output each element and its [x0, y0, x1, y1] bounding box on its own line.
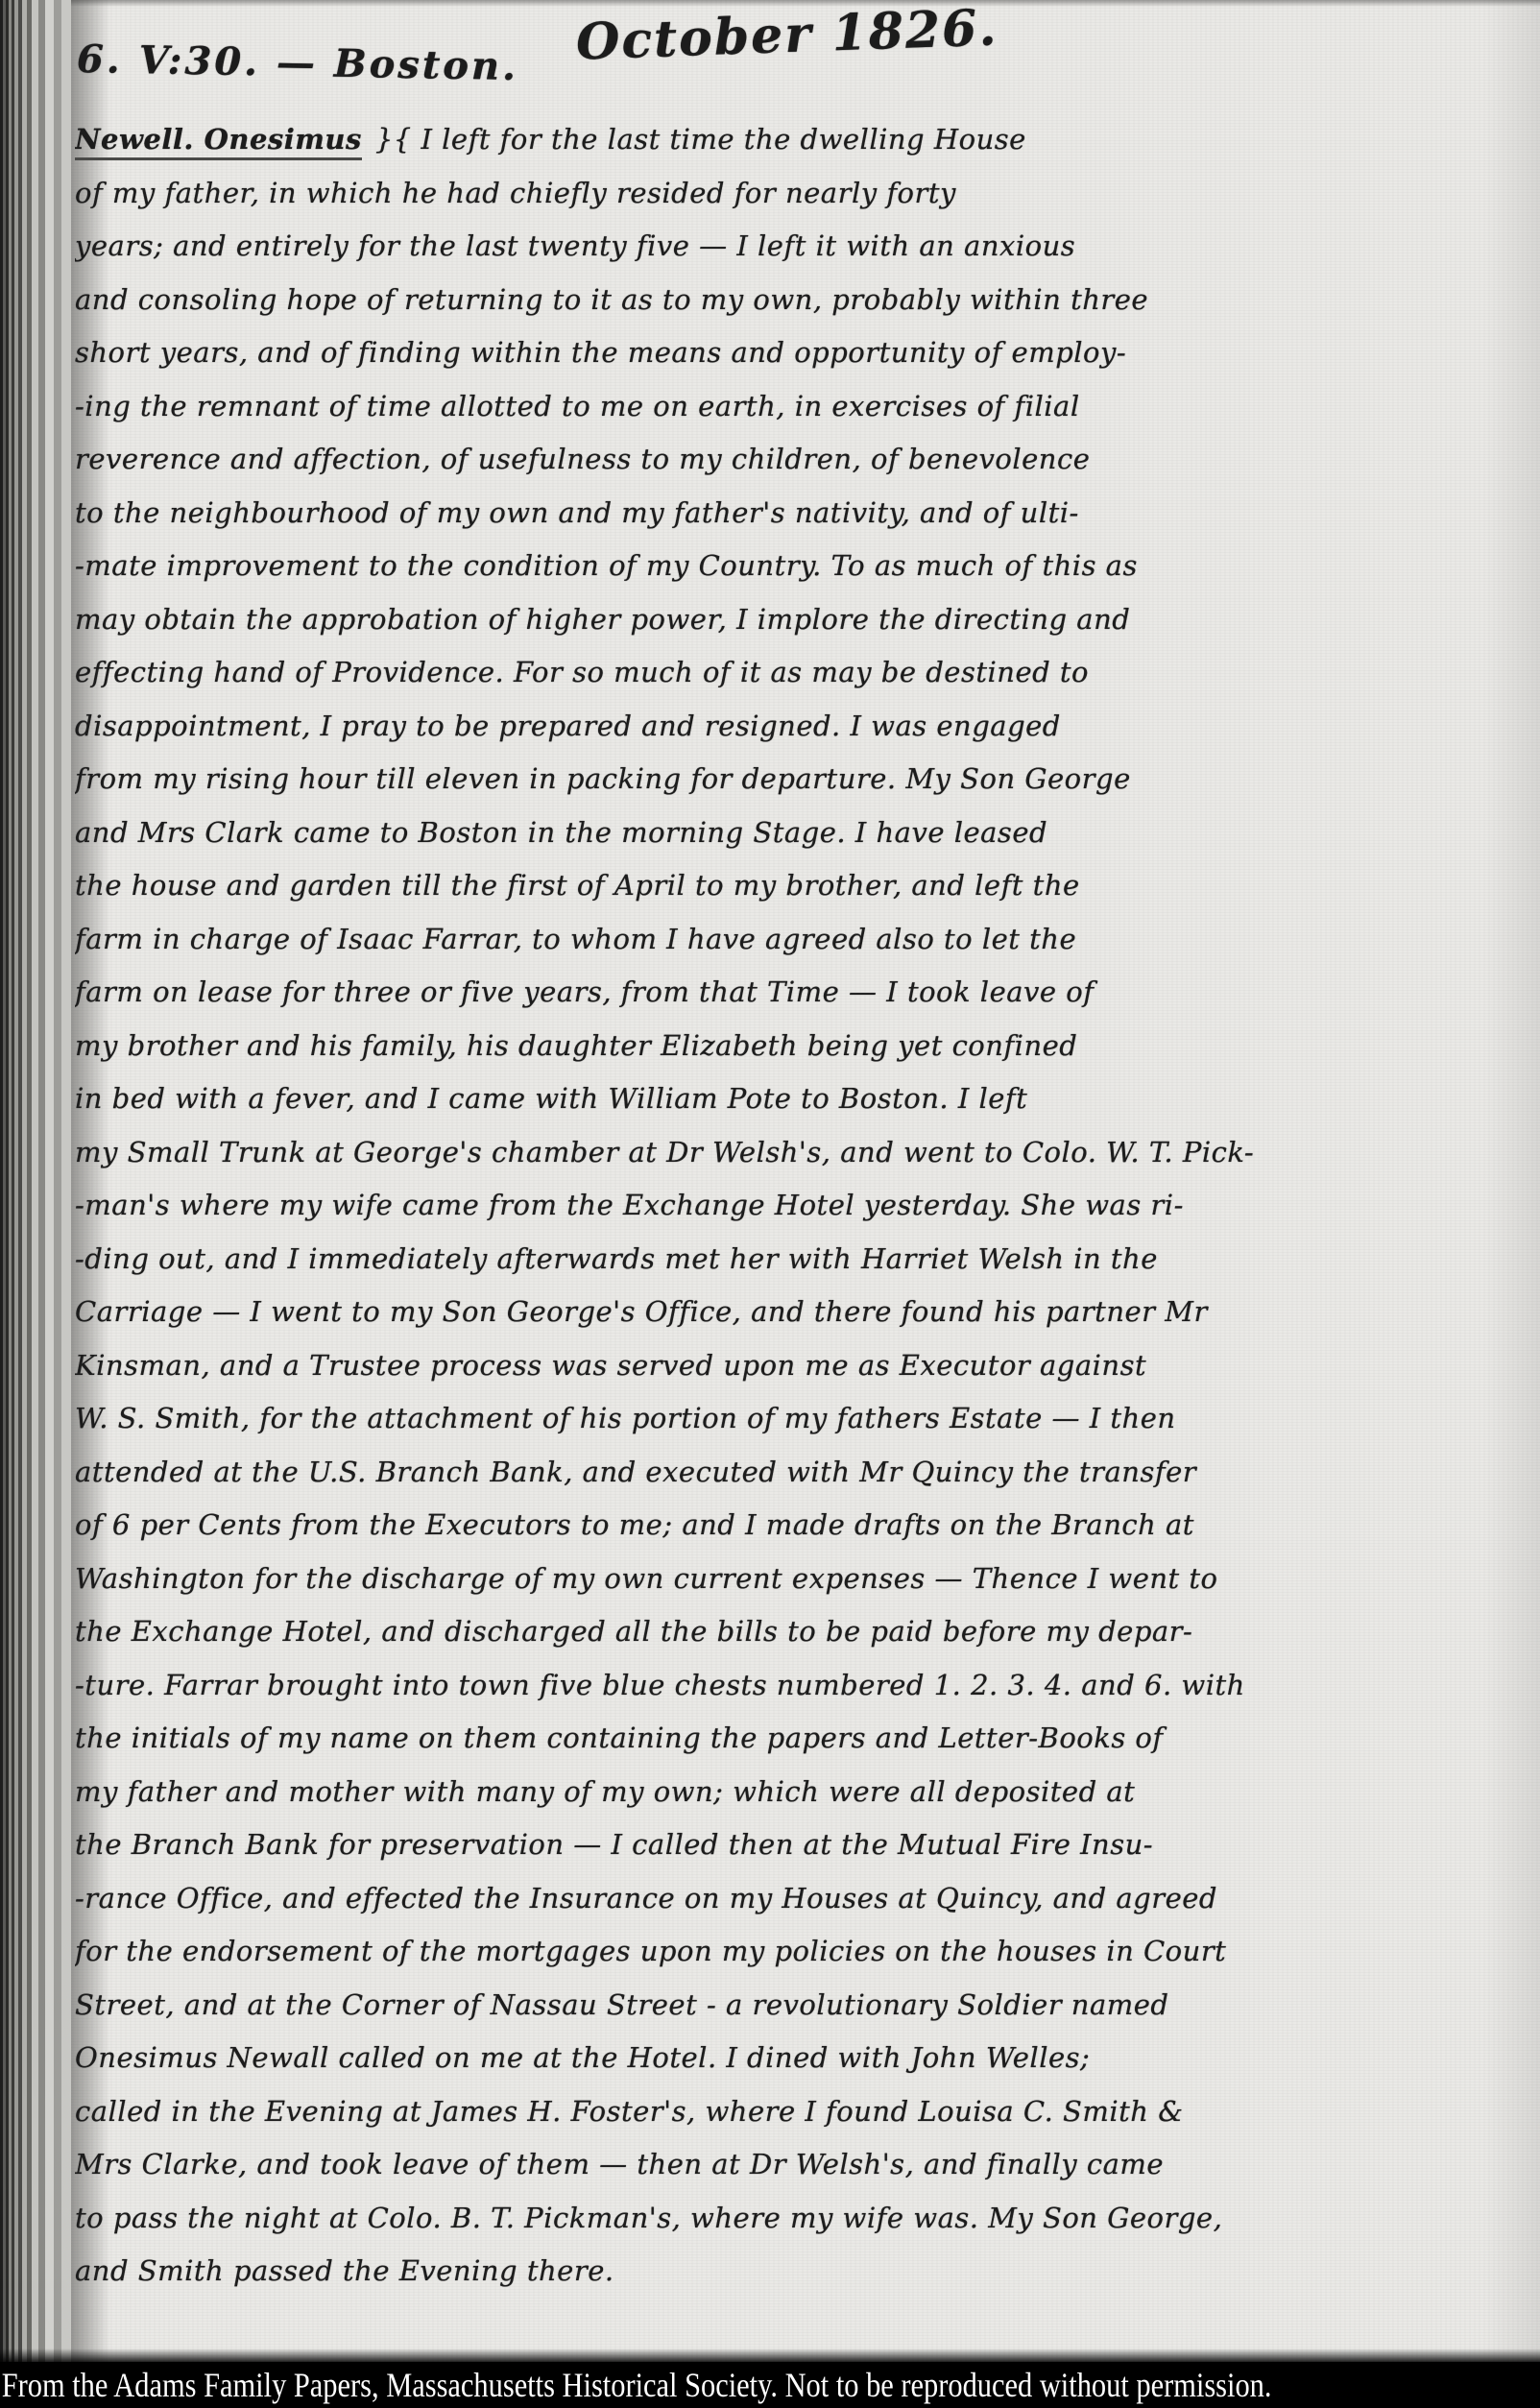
manuscript-body: Newell. Onesimus}{ I left for the last t…	[75, 123, 1521, 2308]
manuscript-line: disappointment, I pray to be prepared an…	[75, 710, 1521, 763]
manuscript-line: of 6 per Cents from the Executors to me;…	[75, 1508, 1521, 1562]
manuscript-line: effecting hand of Providence. For so muc…	[75, 656, 1521, 710]
manuscript-line: the house and garden till the first of A…	[75, 869, 1521, 923]
manuscript-line: for the endorsement of the mortgages upo…	[75, 1935, 1521, 1988]
manuscript-line: the Branch Bank for preservation — I cal…	[75, 1828, 1521, 1882]
caption-bar: From the Adams Family Papers, Massachuse…	[0, 2362, 1540, 2408]
manuscript-page-scan: October 1826. 6. V:30. — Boston. Newell.…	[0, 0, 1540, 2408]
manuscript-line: -ing the remnant of time allotted to me …	[75, 390, 1521, 444]
manuscript-line: reverence and affection, of usefulness t…	[75, 443, 1521, 496]
manuscript-line: -ding out, and I immediately afterwards …	[75, 1242, 1521, 1296]
manuscript-line: of my father, in which he had chiefly re…	[75, 177, 1521, 230]
manuscript-line: the Exchange Hotel, and discharged all t…	[75, 1615, 1521, 1669]
manuscript-line: and Mrs Clark came to Boston in the morn…	[75, 816, 1521, 870]
manuscript-line: Onesimus Newall called on me at the Hote…	[75, 2041, 1521, 2095]
manuscript-line: Mrs Clarke, and took leave of them — the…	[75, 2148, 1521, 2202]
manuscript-line: -man's where my wife came from the Excha…	[75, 1189, 1521, 1242]
book-binding	[0, 0, 71, 2362]
manuscript-line: from my rising hour till eleven in packi…	[75, 762, 1521, 816]
manuscript-line: to pass the night at Colo. B. T. Pickman…	[75, 2202, 1521, 2255]
manuscript-line: Newell. Onesimus}{ I left for the last t…	[75, 123, 1521, 177]
manuscript-line-text: }{ I left for the last time the dwelling…	[375, 123, 1026, 156]
manuscript-line: to the neighbourhood of my own and my fa…	[75, 496, 1521, 550]
manuscript-line: may obtain the approbation of higher pow…	[75, 603, 1521, 657]
manuscript-line: my brother and his family, his daughter …	[75, 1029, 1521, 1083]
date-heading: October 1826.	[575, 0, 999, 72]
manuscript-line: short years, and of finding within the m…	[75, 336, 1521, 390]
manuscript-line: in bed with a fever, and I came with Wil…	[75, 1082, 1521, 1136]
manuscript-line: the initials of my name on them containi…	[75, 1722, 1521, 1775]
manuscript-line: Street, and at the Corner of Nassau Stre…	[75, 1988, 1521, 2042]
manuscript-line: Washington for the discharge of my own c…	[75, 1562, 1521, 1616]
manuscript-line: my father and mother with many of my own…	[75, 1775, 1521, 1829]
caption-text: From the Adams Family Papers, Massachuse…	[0, 2365, 1271, 2405]
manuscript-line: years; and entirely for the last twenty …	[75, 229, 1521, 283]
entry-name-label: Newell. Onesimus	[75, 123, 362, 160]
manuscript-line: -rance Office, and effected the Insuranc…	[75, 1882, 1521, 1936]
manuscript-line: farm on lease for three or five years, f…	[75, 975, 1521, 1029]
manuscript-line: attended at the U.S. Branch Bank, and ex…	[75, 1456, 1521, 1509]
manuscript-line: and consoling hope of returning to it as…	[75, 283, 1521, 337]
manuscript-line: Carriage — I went to my Son George's Off…	[75, 1295, 1521, 1349]
manuscript-line: and Smith passed the Evening there.	[75, 2254, 1521, 2308]
manuscript-line: -mate improvement to the condition of my…	[75, 549, 1521, 603]
time-place-heading: 6. V:30. — Boston.	[77, 36, 519, 89]
manuscript-line: -ture. Farrar brought into town five blu…	[75, 1669, 1521, 1722]
manuscript-line: Kinsman, and a Trustee process was serve…	[75, 1349, 1521, 1403]
manuscript-line: called in the Evening at James H. Foster…	[75, 2095, 1521, 2149]
manuscript-line: W. S. Smith, for the attachment of his p…	[75, 1402, 1521, 1456]
manuscript-line: my Small Trunk at George's chamber at Dr…	[75, 1136, 1521, 1190]
manuscript-line: farm in charge of Isaac Farrar, to whom …	[75, 923, 1521, 976]
